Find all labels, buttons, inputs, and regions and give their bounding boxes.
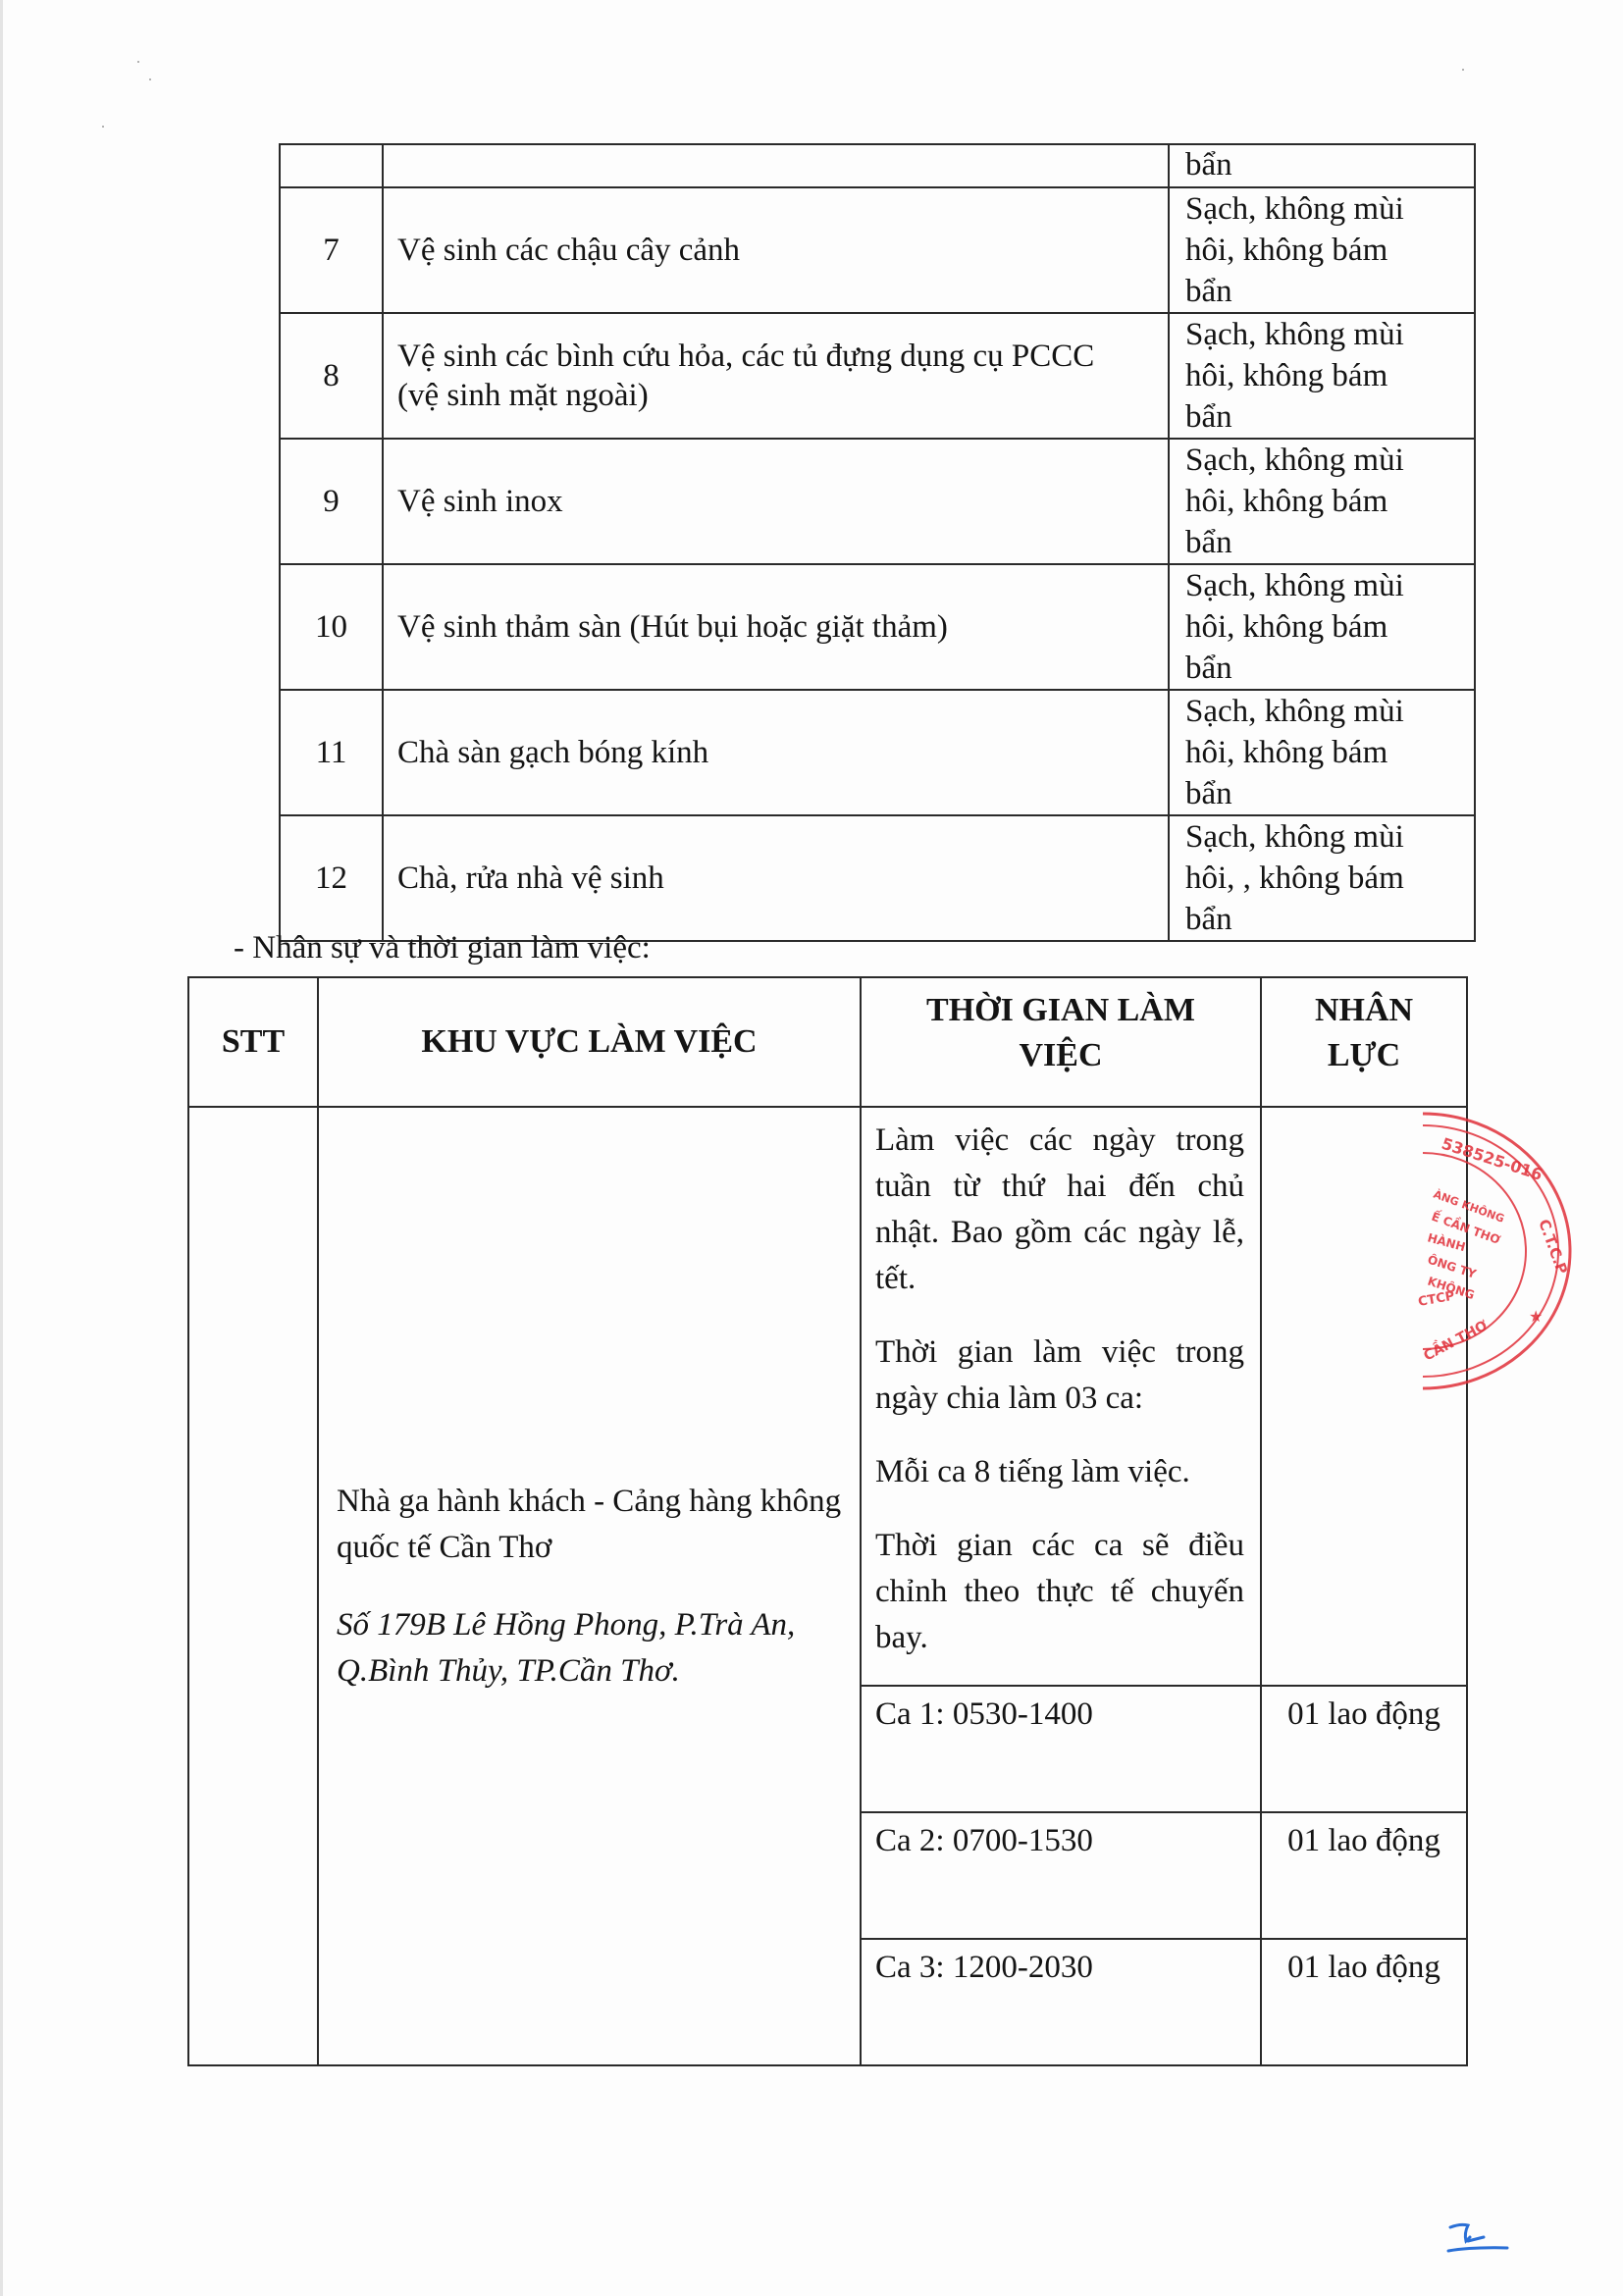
shift-time: Ca 1: 0530-1400 bbox=[861, 1686, 1261, 1812]
requirement: bẩn bbox=[1169, 144, 1475, 187]
task-description: Vệ sinh các chậu cây cảnh bbox=[383, 187, 1169, 313]
task-description: Vệ sinh thảm sàn (Hút bụi hoặc giặt thảm… bbox=[383, 564, 1169, 690]
company-seal-stamp: 538525-016 C.T.C.P ÀNG KHÔNG Ế CẦN THƠ H… bbox=[1413, 1104, 1590, 1398]
task-description: Chà sàn gạch bóng kính bbox=[383, 690, 1169, 815]
requirement-line: bẩn bbox=[1185, 773, 1474, 814]
requirement-line: bẩn bbox=[1185, 899, 1474, 940]
requirement-line: hôi, không bám bbox=[1185, 481, 1474, 522]
task-line: Chà sàn gạch bóng kính bbox=[397, 733, 1168, 772]
table-row: 11Chà sàn gạch bóng kínhSạch, không mùih… bbox=[280, 690, 1475, 815]
task-line: Vệ sinh inox bbox=[397, 482, 1168, 521]
requirement: Sạch, không mùihôi, không bámbẩn bbox=[1169, 439, 1475, 564]
requirement-line: hôi, , không bám bbox=[1185, 858, 1474, 899]
scan-speck bbox=[1462, 69, 1464, 71]
table-row-continued: bẩn bbox=[280, 144, 1475, 187]
row-number: 12 bbox=[280, 815, 383, 941]
requirement-line: Sạch, không mùi bbox=[1185, 440, 1474, 481]
requirement: Sạch, không mùihôi, không bámbẩn bbox=[1169, 690, 1475, 815]
scan-speck bbox=[137, 61, 139, 63]
work-area-address: Số 179B Lê Hồng Phong, P.Trà An, Q.Bình … bbox=[337, 1602, 844, 1695]
working-time-paragraph: Mỗi ca 8 tiếng làm việc. bbox=[875, 1449, 1244, 1495]
requirement-line: Sạch, không mùi bbox=[1185, 314, 1474, 355]
svg-text:C.T.C.P: C.T.C.P bbox=[1535, 1217, 1571, 1277]
requirement: Sạch, không mùihôi, không bámbẩn bbox=[1169, 564, 1475, 690]
requirement-line: bẩn bbox=[1185, 522, 1474, 563]
svg-text:538525-016: 538525-016 bbox=[1440, 1134, 1544, 1184]
requirement-line: hôi, không bám bbox=[1185, 732, 1474, 773]
task-line: Vệ sinh các chậu cây cảnh bbox=[397, 231, 1168, 270]
task-description bbox=[383, 144, 1169, 187]
staffing-table: STT KHU VỰC LÀM VIỆC THỜI GIAN LÀM VIỆC … bbox=[187, 976, 1468, 2066]
row-number: 9 bbox=[280, 439, 383, 564]
header-stt: STT bbox=[188, 977, 318, 1107]
table-row: 7Vệ sinh các chậu cây cảnhSạch, không mù… bbox=[280, 187, 1475, 313]
working-time-paragraph: Làm việc các ngày trong tuần từ thứ hai … bbox=[875, 1118, 1244, 1302]
header-working-time-line: THỜI GIAN LÀM bbox=[862, 988, 1260, 1033]
page-initial-mark bbox=[1442, 2218, 1511, 2257]
svg-text:★: ★ bbox=[1529, 1307, 1543, 1326]
table-row: 8Vệ sinh các bình cứu hỏa, các tủ đựng d… bbox=[280, 313, 1475, 439]
requirement: Sạch, không mùihôi, không bámbẩn bbox=[1169, 313, 1475, 439]
shift-staff: 01 lao động bbox=[1261, 1812, 1467, 1939]
task-line: (vệ sinh mặt ngoài) bbox=[397, 376, 1168, 415]
header-staffing-line: LỰC bbox=[1262, 1033, 1466, 1078]
requirement-line: Sạch, không mùi bbox=[1185, 816, 1474, 858]
header-working-time: THỜI GIAN LÀM VIỆC bbox=[861, 977, 1261, 1107]
task-line: Chà, rửa nhà vệ sinh bbox=[397, 859, 1168, 898]
requirement-line: bẩn bbox=[1185, 271, 1474, 312]
task-description: Vệ sinh inox bbox=[383, 439, 1169, 564]
scan-edge bbox=[0, 0, 3, 2296]
requirement-line: hôi, không bám bbox=[1185, 355, 1474, 396]
requirement-line: bẩn bbox=[1185, 145, 1474, 184]
table-row: 10Vệ sinh thảm sàn (Hút bụi hoặc giặt th… bbox=[280, 564, 1475, 690]
header-staffing-line: NHÂN bbox=[1262, 988, 1466, 1033]
shift-time: Ca 2: 0700-1530 bbox=[861, 1812, 1261, 1939]
task-description: Chà, rửa nhà vệ sinh bbox=[383, 815, 1169, 941]
shift-staff: 01 lao động bbox=[1261, 1939, 1467, 2065]
requirement-line: hôi, không bám bbox=[1185, 230, 1474, 271]
handwritten-initial-icon bbox=[1442, 2218, 1511, 2257]
staffing-table-header-row: STT KHU VỰC LÀM VIỆC THỜI GIAN LÀM VIỆC … bbox=[188, 977, 1467, 1107]
header-work-area: KHU VỰC LÀM VIỆC bbox=[318, 977, 861, 1107]
requirement: Sạch, không mùihôi, không bámbẩn bbox=[1169, 187, 1475, 313]
cleaning-tasks-table: bẩn7Vệ sinh các chậu cây cảnhSạch, không… bbox=[279, 143, 1476, 942]
task-description: Vệ sinh các bình cứu hỏa, các tủ đựng dụ… bbox=[383, 313, 1169, 439]
requirement-line: bẩn bbox=[1185, 396, 1474, 438]
requirement-line: hôi, không bám bbox=[1185, 606, 1474, 648]
row-number bbox=[280, 144, 383, 187]
shift-time: Ca 3: 1200-2030 bbox=[861, 1939, 1261, 2065]
requirement-line: Sạch, không mùi bbox=[1185, 691, 1474, 732]
svg-text:CẦN THƠ: CẦN THƠ bbox=[1420, 1315, 1491, 1364]
row-number: 11 bbox=[280, 690, 383, 815]
table-row: 9Vệ sinh inoxSạch, không mùihôi, không b… bbox=[280, 439, 1475, 564]
header-staffing: NHÂN LỰC bbox=[1261, 977, 1467, 1107]
scan-speck bbox=[149, 78, 151, 80]
scan-speck bbox=[102, 126, 104, 128]
task-line: Vệ sinh thảm sàn (Hút bụi hoặc giặt thảm… bbox=[397, 607, 1168, 647]
seal-icon: 538525-016 C.T.C.P ÀNG KHÔNG Ế CẦN THƠ H… bbox=[1413, 1104, 1590, 1398]
shift-staff: 01 lao động bbox=[1261, 1686, 1467, 1812]
working-time-description: Làm việc các ngày trong tuần từ thứ hai … bbox=[861, 1107, 1261, 1686]
table-row: 12Chà, rửa nhà vệ sinhSạch, không mùihôi… bbox=[280, 815, 1475, 941]
staffing-description-row: Nhà ga hành khách - Cảng hàng không quốc… bbox=[188, 1107, 1467, 1686]
row-number: 7 bbox=[280, 187, 383, 313]
svg-text:CTCP: CTCP bbox=[1417, 1289, 1456, 1310]
staffing-section-heading: - Nhân sự và thời gian làm việc: bbox=[234, 930, 651, 966]
row-number: 8 bbox=[280, 313, 383, 439]
requirement: Sạch, không mùihôi, , không bámbẩn bbox=[1169, 815, 1475, 941]
working-time-paragraph: Thời gian các ca sẽ điều chỉnh theo thực… bbox=[875, 1523, 1244, 1661]
stt-cell bbox=[188, 1107, 318, 2065]
requirement-line: bẩn bbox=[1185, 648, 1474, 689]
header-working-time-line: VIỆC bbox=[862, 1033, 1260, 1078]
work-area-cell: Nhà ga hành khách - Cảng hàng không quốc… bbox=[318, 1107, 861, 2065]
requirement-line: Sạch, không mùi bbox=[1185, 565, 1474, 606]
task-line: Vệ sinh các bình cứu hỏa, các tủ đựng dụ… bbox=[397, 337, 1168, 376]
working-time-paragraph: Thời gian làm việc trong ngày chia làm 0… bbox=[875, 1330, 1244, 1422]
work-area-name: Nhà ga hành khách - Cảng hàng không quốc… bbox=[337, 1479, 844, 1571]
row-number: 10 bbox=[280, 564, 383, 690]
requirement-line: Sạch, không mùi bbox=[1185, 188, 1474, 230]
